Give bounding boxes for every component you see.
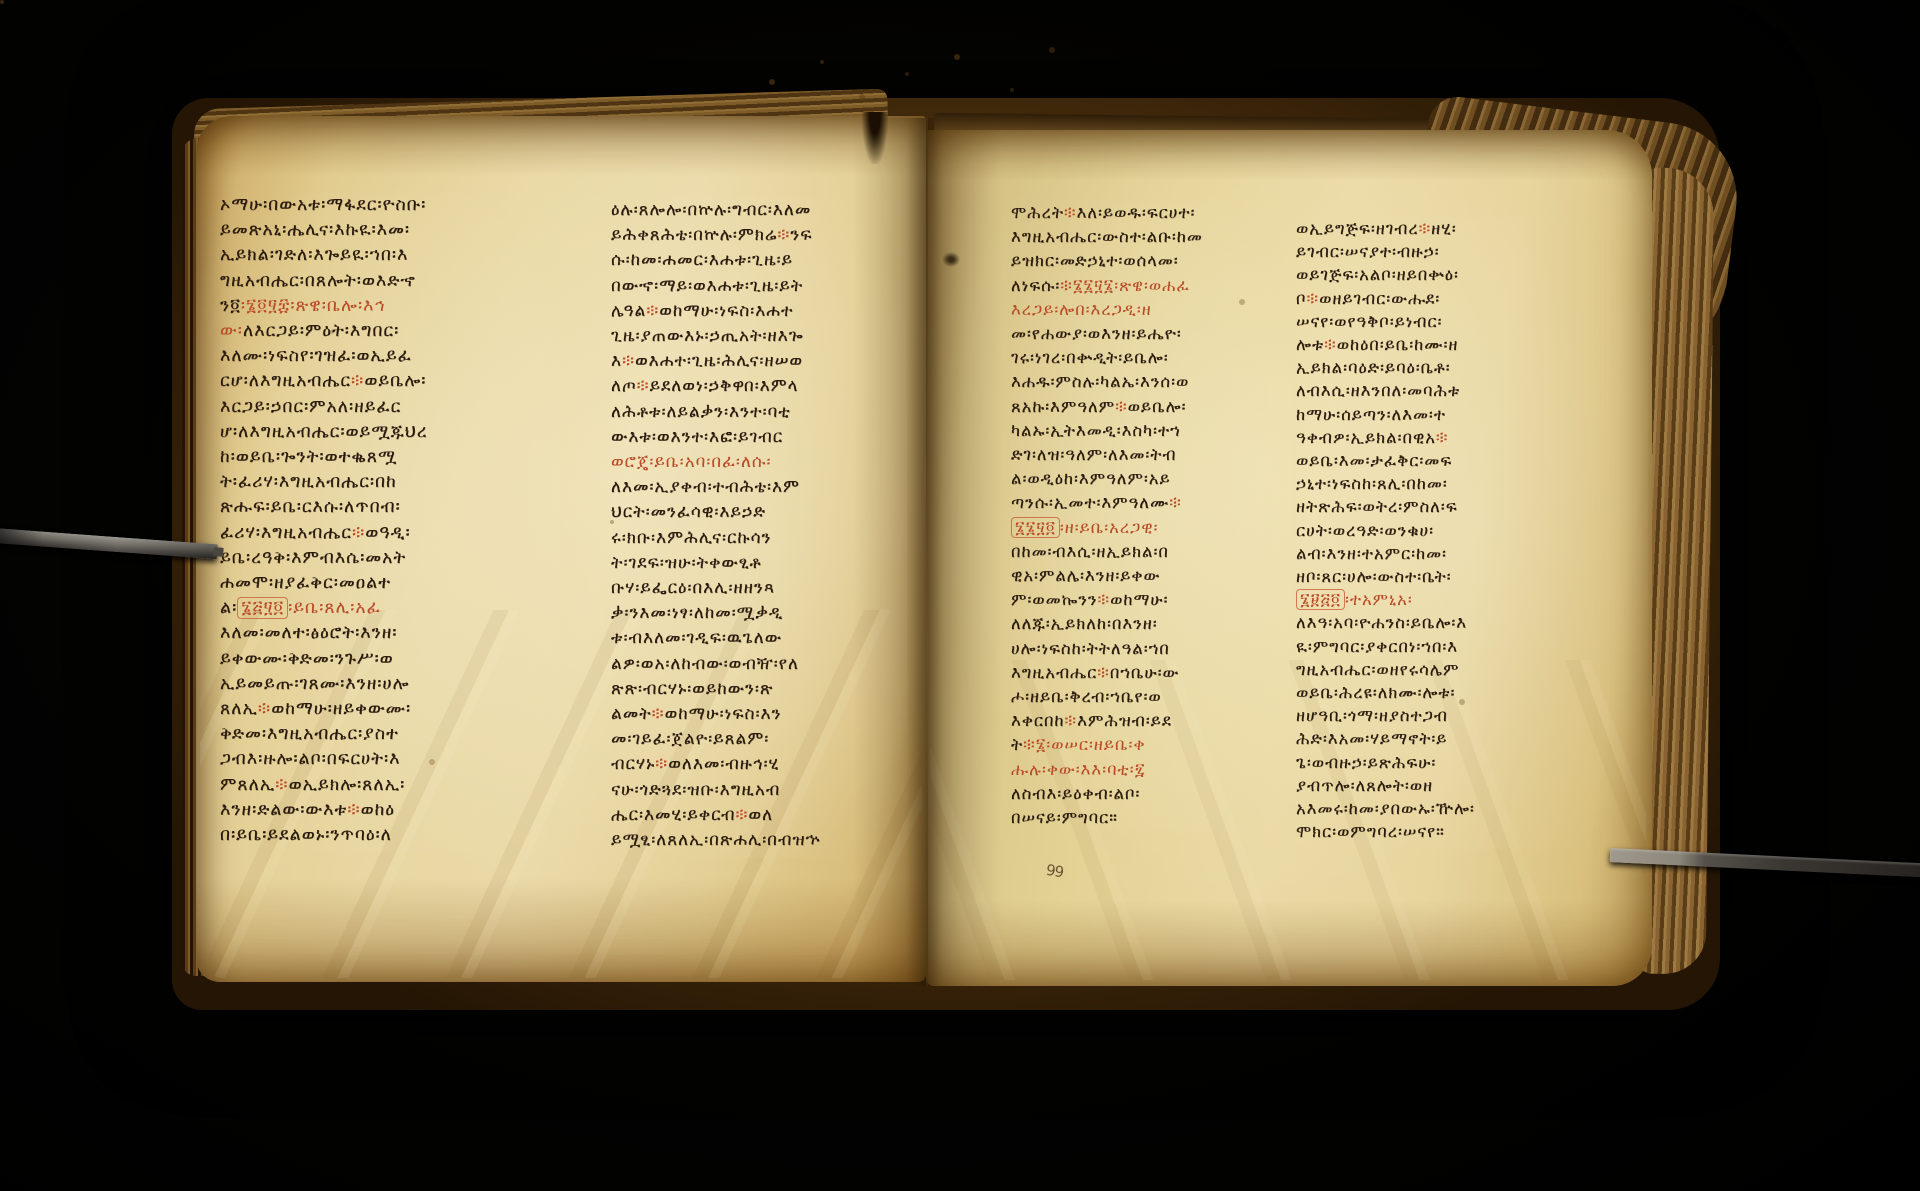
- ink-text: ት: [1011, 735, 1023, 754]
- text-line: ይቀውሙ፡ቅድመ፡ንጉሥ፡ወ: [220, 647, 560, 672]
- rubric-text: ፨: [347, 800, 360, 820]
- ink-text: ወኢይክሎ፡ጸለኢ፡: [289, 775, 406, 795]
- ink-text: ሎቱ: [1296, 335, 1324, 354]
- text-line: ወይቤ፡ሕረዩ፡ለክሙ፡ሎቱ፡: [1296, 681, 1648, 704]
- text-line: ጽሑፍ፡ይቤ፡ርእሱ፡ለጥበብ፡: [220, 495, 560, 520]
- text-line: ሎቱ፨ወከዕበ፡ይቤ፡ከሙ፡ዘ: [1296, 333, 1648, 356]
- ink-text: ሞሕረት: [1011, 203, 1064, 222]
- spine-top-notch: [862, 112, 888, 164]
- text-line: ጸለኢ፨ወከማሁ፡ዘይቀውሙ፡: [220, 697, 560, 722]
- rubric-text: ወሮጄ፡ይቤ፡አባ፡በፈ፡ለሱ፡: [611, 452, 772, 472]
- text-line: ሩ፡ክቡ፡እምሕሊና፡ርኩሳን: [611, 526, 907, 551]
- text-line: ት፨፮፡ወሠር፡ዘይቤ፡ቀ: [1011, 733, 1293, 757]
- ink-text: እግዚአብሔር: [1011, 663, 1097, 682]
- rubric-text: ፮፭፶፬: [237, 597, 288, 619]
- ink-text: ወይቤ፡ሕረዩ፡ለክሙ፡ሎቱ፡: [1296, 683, 1455, 702]
- text-line: ብርሃኑ፨ወለእመ፡ብዙኅ፡ሂ: [611, 752, 907, 777]
- parchment-speckles: [0, 0, 4, 4]
- ink-text: ይዝክር፡መድኃኒተ፡ወሰላመ፡: [1011, 251, 1179, 270]
- ink-text: ይመጽአኒ፡ሔሊና፡እኩዪ፡እመ፡: [220, 220, 410, 240]
- text-line: አእመሩ፡ከመ፡ያበውኡ፡ዅሎ፡: [1296, 797, 1648, 820]
- ink-text: ወከማሁ፡ነፍስ፡እሐተ: [659, 301, 793, 321]
- ink-text: ህርት፡መንፈሳዊ፡እይኃድ: [611, 502, 766, 522]
- rubric-text: ፨: [258, 699, 271, 719]
- ink-text: ቡሃ፡ይፌርዕ፡በእሊ፡ዘዘንጻ: [611, 578, 775, 598]
- ink-text: እ: [611, 351, 622, 371]
- ink-text: ወይቤሎ፡: [1128, 397, 1187, 416]
- rubric-text: ፨: [1324, 335, 1337, 354]
- text-line: ልብ፡እንዘ፡ተአምር፡ከመ፡: [1296, 542, 1648, 565]
- text-line: ይመጽአኒ፡ሔሊና፡እኩዪ፡እመ፡: [220, 218, 560, 243]
- text-line: ን፬፡፮፬፶፰፡ጽዌ፡ቤሎ፡እኅ: [220, 294, 560, 319]
- ink-text: እለሙ፡ነፍስየ፡ገዝፈ፡ወኢይፈ: [220, 346, 412, 366]
- ink-text: ሐመሞ፡ዘያፈቅር፡መዐልተ: [220, 573, 391, 593]
- ink-text: ለሕቶቱ፡ለይልቃን፡እንተ፡ባቲ: [611, 402, 791, 422]
- ink-text: ወይቤሎ፡: [364, 371, 426, 391]
- ink-text: ዘሆዓቢ፡ጎማ፡ዘያስተጋብ: [1296, 706, 1448, 725]
- text-line: ለሕቶቱ፡ለይልቃን፡እንተ፡ባቲ: [611, 400, 907, 425]
- text-line: እርጋይ፡ኃበር፡ምአለ፡ዘይፈር: [220, 395, 560, 420]
- ink-text: ሌዓል: [611, 301, 646, 321]
- text-line: ይዝክር፡መድኃኒተ፡ወሰላመ፡: [1011, 249, 1293, 273]
- ink-text: ቦ: [1296, 289, 1306, 308]
- ink-text: ወከማሁ፡ዘይቀውሙ፡: [271, 699, 411, 719]
- text-column-right-1: ሞሕረት፨እለ፡ይወዱ፡ፍርሀተ፡እግዚአብሔር፡ውስተ፡ልቡ፡ከመይዝክር፡መ…: [1011, 201, 1293, 831]
- rubric-text: ፮፮፶፬: [1011, 517, 1060, 538]
- text-line: ድገ፡ለዝ፡ዓለም፡ለእመ፡ትብ: [1011, 443, 1293, 467]
- ink-text: ሕድ፡እአመ፡ሃይማኖት፡ይ: [1296, 729, 1447, 748]
- ink-text: ኢይክል፡ገድለ፡እጐይዪ፡ኀበ፡እ: [220, 245, 408, 265]
- rubric-text: ፨: [777, 225, 790, 245]
- ink-text: ልመት: [611, 704, 652, 724]
- text-line: ዊአ፡ምልሌ፡እንዘ፡ይቀው: [1011, 564, 1293, 588]
- text-line: ወሮጄ፡ይቤ፡አባ፡በፈ፡ለሱ፡: [611, 450, 907, 475]
- text-line: ዘሆዓቢ፡ጎማ፡ዘያስተጋብ: [1296, 704, 1648, 727]
- text-line: እለሙ፡ነፍስየ፡ገዝፈ፡ወኢይፈ: [220, 344, 560, 369]
- text-line: ዘቦ፡ጸር፡ሀሎ፡ውስተ፡ቤት፡: [1296, 565, 1648, 588]
- ink-text: ልዎ፡ወአ፡ለከብው፡ወብዥ፡የለ: [611, 654, 799, 674]
- text-line: ሌዓል፨ወከማሁ፡ነፍስ፡እሐተ: [611, 299, 907, 324]
- ink-text: ውእቱ፡ወእንተ፡እፎ፡ይገብር: [611, 427, 783, 447]
- text-line: እ፨ወእሐተ፡ጊዜ፡ሕሊና፡ዘሠወ: [611, 349, 907, 374]
- ink-text: በሠናይ፡ምግባር።: [1011, 808, 1118, 827]
- ink-text: ገሩ፡ነገረ፡በቍዲት፡ይቤሎ፡: [1011, 348, 1169, 367]
- ink-text: ሀሎ፡ነፍስከ፡ትትለዓል፡ኀበ: [1011, 639, 1170, 658]
- rubric-text: ፨: [1097, 663, 1110, 682]
- ink-text: ርሆ፡ለእግዚአብሔር: [220, 371, 351, 391]
- text-line: ይቤ፡ረዓቅ፡እምብእሴ፡መአት: [220, 546, 560, 571]
- rubric-text: ፨: [646, 301, 659, 321]
- ink-text: ይሟፂ፡ለጸለኢ፡በጽሐሊ፡በብዝኍ: [611, 830, 821, 850]
- rubric-text: ፨: [637, 376, 650, 396]
- ink-text: ጸለኢ: [220, 699, 258, 719]
- ink-text: ይሕቀጸሕቴ፡በኵሉ፡ምክሬ: [611, 225, 777, 245]
- text-line: ርሆ፡ለእግዚአብሔር፨ወይቤሎ፡: [220, 369, 560, 394]
- text-line: ለእዓ፡አባ፡ዮሐንስ፡ይቤሎ፡እ: [1296, 611, 1648, 634]
- ink-text: ቱ፡ብእለመ፡ገዲፍ፡ዉጌለው: [611, 628, 782, 648]
- text-line: ሖ፡ዘይቤ፡ቅረብ፡ኀቤየ፡ወ: [1011, 685, 1293, 709]
- text-line: እሐዱ፡ምስሉ፡ካልኤ፡እንሰ፡ወ: [1011, 370, 1293, 394]
- text-line: ልዎ፡ወአ፡ለከብው፡ወብዥ፡የለ: [611, 652, 907, 677]
- text-line: ለብእሲ፡ዘእንበለ፡መባሕቱ: [1296, 379, 1648, 402]
- ink-text: ብርሃኑ: [611, 754, 655, 774]
- text-line: ናሁ፡ጎድጓደ፡ዝቡ፡እግዚአብ: [611, 778, 907, 803]
- rubric-text: ፨፮፡ወሠር፡ዘይቤ፡ቀ: [1023, 735, 1145, 754]
- text-line: መ፡የሐውያ፡ወእንዘ፡ይሔዮ፡: [1011, 322, 1293, 346]
- text-line: ዓቀብዎ፡ኢይክል፡በዊአ፨: [1296, 426, 1648, 449]
- ink-text: ሩ፡ክቡ፡እምሕሊና፡ርኩሳን: [611, 528, 771, 548]
- rubric-text: ፨: [1115, 397, 1128, 416]
- text-line: ወይቤ፡እመ፡ታፈቅር፡መፍ: [1296, 449, 1648, 472]
- text-line: ውእቱ፡ወእንተ፡እፎ፡ይገብር: [611, 425, 907, 450]
- ink-text: ይደለወነ፡ኃቅዋበ፡እምላ: [650, 376, 799, 396]
- ink-text: ወከማሁ፡ነፍስ፡እን: [665, 704, 782, 724]
- text-line: እግዚአብሔር፨በኀቤሁ፡ው: [1011, 661, 1293, 685]
- ink-text: ለእዓ፡አባ፡ዮሐንስ፡ይቤሎ፡እ: [1296, 613, 1467, 632]
- text-line: ጊዜ፡ያጠውእኑ፡ኃጢአት፡ዘእጐ: [611, 324, 907, 349]
- ink-text: ዪ፡ምግባር፡ያቀርበነ፡ኀበ፡እ: [1296, 637, 1458, 656]
- ink-text: ርሀት፡ወረዓድ፡ወንቁሀ፡: [1296, 521, 1434, 540]
- ink-text: ዕሉ፡ጸሎሎ፡በኵሉ፡ግብር፡እለመ: [611, 200, 811, 220]
- ink-text: ወዓዲ፡: [365, 523, 410, 543]
- ink-text: በ፡ይቤ፡ይደልወኑ፡ንጥባዕ፡ለ: [220, 825, 392, 845]
- text-line: ሆ፡ለእግዚአብሔር፡ወይሟጁህረ: [220, 420, 560, 445]
- ink-text: ል፡: [220, 598, 237, 618]
- text-line: እቀርበከ፨እምሕዝብ፡ይደ: [1011, 709, 1293, 733]
- rubric-text: ፨: [1419, 219, 1432, 238]
- text-line: ህርት፡መንፈሳዊ፡እይኃድ: [611, 500, 907, 525]
- ink-text: ጊዜ፡ያጠውእኑ፡ኃጢአት፡ዘእጐ: [611, 326, 804, 346]
- text-line: ለእመ፡ኢያቀብ፡ተብሕቴ፡እም: [611, 475, 907, 500]
- ink-text: ዘሂ፡: [1431, 219, 1456, 238]
- ink-text: እንዘ፡ድልው፡ውእቱ: [220, 800, 347, 820]
- ink-text: ወከዕ: [361, 800, 395, 820]
- text-line: ለጦ፨ይደለወነ፡ኃቅዋበ፡እምላ: [611, 374, 907, 399]
- ink-text: ጽሑፍ፡ይቤ፡ርእሱ፡ለጥበብ፡: [220, 497, 401, 517]
- text-line: ጋብእ፡ዙሎ፡ልቦ፡በፍርሀት፡እ: [220, 747, 560, 772]
- ink-text: ወዘይገብር፡ውሑደ፡: [1319, 289, 1440, 308]
- ink-text: ኢይክል፡ባዕድ፡ይባዕ፡ቤቶ፡: [1296, 358, 1451, 377]
- ink-text: ሞክር፡ወምግባረ፡ሠናየ።: [1296, 822, 1445, 841]
- text-line: ይሟፂ፡ለጸለኢ፡በጽሐሊ፡በብዝኍ: [611, 828, 907, 853]
- ink-text: ዘቦ፡ጸር፡ሀሎ፡ውስተ፡ቤት፡: [1296, 567, 1451, 586]
- rubric-text: ፨: [352, 523, 365, 543]
- ink-text: ካልኡ፡ኢትእመዲ፡እስካ፡ተኀ: [1011, 421, 1181, 440]
- text-line: ኦማሁ፡በውአቱ፡ማፋደር፡ዮስቡ፡: [220, 193, 560, 218]
- text-line: ይገብር፡ሠናያተ፡ብዙኃ፡: [1296, 240, 1648, 263]
- text-line: ቃ፡ንእመ፡ነፃ፡ለከመ፡ሟቃዲ: [611, 601, 907, 626]
- ink-text: በውኆ፡ማይ፡ወእሐቱ፡ጊዜ፡ይት: [611, 276, 803, 296]
- ink-text: ወከዕበ፡ይቤ፡ከሙ፡ዘ: [1337, 335, 1459, 354]
- text-line: ሠናየ፡ወየዓቅቦ፡ይነብር፡: [1296, 310, 1648, 333]
- ink-text: ለእመ፡ኢያቀብ፡ተብሕቴ፡እም: [611, 477, 800, 497]
- ink-text: ሱ፡ከመ፡ሐመር፡እሐቱ፡ጊዜ፡ይ: [611, 250, 793, 270]
- text-line: ገሩ፡ነገረ፡በቍዲት፡ይቤሎ፡: [1011, 346, 1293, 370]
- rubric-text: ፡ዘ፡ይቤ፡አረጋዊ፡: [1060, 518, 1159, 537]
- ink-text: መ፡ገይፈ፡ጀልዮ፡ይጸልም፡: [611, 729, 769, 749]
- rubric-text: ፨: [652, 704, 665, 724]
- rubric-text: ፨: [1098, 590, 1111, 609]
- text-line: ጌ፡ወብዙኃ፡ይጽሕፍሁ፡: [1296, 751, 1648, 774]
- ink-text: ሔር፡እመሂ፡ይቀርብ: [611, 805, 735, 825]
- text-line: ት፡ገደፍ፡ዝሁ፡ትቀውፂቶ: [611, 551, 907, 576]
- text-line: ም፡ወመኰንን፨ወከማሁ፡: [1011, 588, 1293, 612]
- text-line: እንዘ፡ድልው፡ውእቱ፨ወከዕ: [220, 798, 560, 823]
- ink-text: እርጋይ፡ኃበር፡ምአለ፡ዘይፈር: [220, 397, 401, 417]
- ink-text: ም፡ወመኰንን: [1011, 590, 1098, 609]
- parchment-hole-blemish: [942, 252, 960, 267]
- text-line: ያብጥሎ፡ለጸሎት፡ወዘ: [1296, 774, 1648, 797]
- ink-text: ምጸለኢ: [220, 775, 275, 795]
- ink-text: ግዚአብሔር፡ወዘየሩሳሌም: [1296, 660, 1459, 679]
- rubric-text: ፡ተአምኒአ፡: [1345, 590, 1413, 609]
- text-line: ሐመሞ፡ዘያፈቅር፡መዐልተ: [220, 571, 560, 596]
- ink-text: ይቤ፡ረዓቅ፡እምብእሴ፡መአት: [220, 548, 406, 568]
- text-line: በ፡ይቤ፡ይደልወኑ፡ንጥባዕ፡ለ: [220, 823, 560, 848]
- ink-text: ልብ፡እንዘ፡ተአምር፡ከመ፡: [1296, 544, 1447, 563]
- ink-text: ወይገጅፍ፡አልቦ፡ዘይበቍዕ፡: [1296, 265, 1459, 284]
- rubric-text: ፨: [1064, 203, 1077, 222]
- ink-text: እለ፡ይወዱ፡ፍርሀተ፡: [1077, 203, 1196, 222]
- text-line: ሞክር፡ወምግባረ፡ሠናየ።: [1296, 820, 1648, 843]
- ink-text: ጋብእ፡ዙሎ፡ልቦ፡በፍርሀት፡እ: [220, 749, 400, 769]
- text-line: ለስብእ፡ይዕቀብ፡ልቦ፡: [1011, 782, 1293, 806]
- text-line: ልመት፨ወከማሁ፡ነፍስ፡እን: [611, 702, 907, 727]
- page-number-annotation: 99: [1045, 861, 1065, 881]
- text-line: ሞሕረት፨እለ፡ይወዱ፡ፍርሀተ፡: [1011, 201, 1293, 225]
- manuscript-photo: ኦማሁ፡በውአቱ፡ማፋደር፡ዮስቡ፡ይመጽአኒ፡ሔሊና፡እኩዪ፡እመ፡ኢይክል፡…: [0, 0, 1920, 1191]
- text-line: በውኆ፡ማይ፡ወእሐቱ፡ጊዜ፡ይት: [611, 274, 907, 299]
- rubric-text: ፨: [351, 371, 364, 391]
- text-line: ሀሎ፡ነፍስከ፡ትትለዓል፡ኀበ: [1011, 637, 1293, 661]
- text-line: ለነፍሱ፡፨፮፮፶፮፡ጽዌ፡ወሐፈ: [1011, 274, 1293, 298]
- ink-text: እምሕዝብ፡ይደ: [1077, 711, 1172, 730]
- text-line: ግዚአብሔር፡ወዘየሩሳሌም: [1296, 658, 1648, 681]
- text-line: ሱ፡ከመ፡ሐመር፡እሐቱ፡ጊዜ፡ይ: [611, 248, 907, 273]
- rubric-text: ፨፮፮፶፮፡ጽዌ፡ወሐፈ: [1060, 276, 1190, 295]
- ink-text: ኦማሁ፡በውአቱ፡ማፋደር፡ዮስቡ፡: [220, 195, 426, 215]
- ink-text: ወለ: [748, 805, 773, 825]
- ink-text: ይቀውሙ፡ቅድመ፡ንጉሥ፡ወ: [220, 649, 394, 669]
- ink-text: ለነፍሱ፡: [1011, 276, 1060, 295]
- rubric-text: ፨: [275, 775, 288, 795]
- rubric-text: ፨: [1065, 711, 1078, 730]
- text-line: ኢይክል፡ባዕድ፡ይባዕ፡ቤቶ፡: [1296, 356, 1648, 379]
- rubric-text: ፮፱፭፬: [1296, 589, 1345, 610]
- ink-text: ት፡ፈሪሃ፡እግዚአብሔር፡በከ: [220, 472, 397, 492]
- text-line: ፈሪሃ፡እግዚአብሔር፨ወዓዲ፡: [220, 521, 560, 546]
- rubric-text: ፨: [622, 351, 635, 371]
- text-line: ከ፡ወይቤ፡ጐንት፡ወተቈጸሟ: [220, 445, 560, 470]
- ink-text: ለለጁ፡ኢይክለከ፡በእንዘ፡: [1011, 614, 1158, 633]
- text-line: እለመ፡መለተ፡ፅዕሮት፡እንዘ፡: [220, 621, 560, 646]
- rubric-text: ፨: [1306, 289, 1319, 308]
- ink-text: መ፡የሐውያ፡ወእንዘ፡ይሔዮ፡: [1011, 324, 1182, 343]
- ink-text: እግዚአብሔር፡ውስተ፡ልቡ፡ከመ: [1011, 227, 1203, 246]
- rubric-text: ፡ይቤ፡ጸሊ፡አፈ: [288, 598, 381, 618]
- ink-text: አእመሩ፡ከመ፡ያበውኡ፡ዅሎ፡: [1296, 799, 1475, 818]
- text-line: ቅድመ፡እግዚአብሔር፡ያስተ: [220, 722, 560, 747]
- ink-text: ለብእሲ፡ዘእንበለ፡መባሕቱ: [1296, 381, 1460, 400]
- rubric-text: ው፡: [220, 321, 243, 341]
- ink-text: እቀርበከ: [1011, 711, 1065, 730]
- ink-text: ል፡ወዲዕከ፡እምዓለም፡አይ: [1011, 469, 1171, 488]
- ink-text: ሖ፡ዘይቤ፡ቅረብ፡ኀቤየ፡ወ: [1011, 687, 1162, 706]
- ink-text: ን፬: [220, 296, 241, 316]
- ink-text: ግዚአብሔር፡በጸሎት፡ወእድኆ: [220, 271, 416, 291]
- ink-text: ኃኒተ፡ነፍስከ፡ጸሊ፡በከመ፡: [1296, 474, 1448, 493]
- text-line: ጣንሱ፡ኢመተ፡እምዓለሙ፨: [1011, 491, 1293, 515]
- text-line: ወኢይግጅፍ፡ዘገብረ፨ዘሂ፡: [1296, 217, 1648, 240]
- ink-text: ከማሁ፡ሰይጣን፡ለእመ፡ተ: [1296, 405, 1446, 424]
- text-line: ምጸለኢ፨ወኢይክሎ፡ጸለኢ፡: [220, 773, 560, 798]
- ink-text: ዊአ፡ምልሌ፡እንዘ፡ይቀው: [1011, 566, 1160, 585]
- ink-text: ሠናየ፡ወየዓቅቦ፡ይነብር፡: [1296, 312, 1442, 331]
- ink-text: ፈሪሃ፡እግዚአብሔር: [220, 523, 352, 543]
- ink-text: ቃ፡ንእመ፡ነፃ፡ለከመ፡ሟቃዲ: [611, 603, 783, 623]
- ink-text: ጣንሱ፡ኢመተ፡እምዓለሙ: [1011, 493, 1169, 512]
- text-line: ሕድ፡እአመ፡ሃይማኖት፡ይ: [1296, 727, 1648, 750]
- ink-text: ወኢይግጅፍ፡ዘገብረ: [1296, 219, 1419, 238]
- ink-text: ኢይመይጡ፡ገጸሙ፡እንዘ፡ሀሎ: [220, 674, 409, 694]
- ink-text: እለመ፡መለተ፡ፅዕሮት፡እንዘ፡: [220, 623, 397, 643]
- rubric-text: ፨: [735, 805, 748, 825]
- ink-text: ጌ፡ወብዙኃ፡ይጽሕፍሁ፡: [1296, 753, 1436, 772]
- text-line: ይሕቀጸሕቴ፡በኵሉ፡ምክሬ፨ንፍ: [611, 223, 907, 248]
- text-line: ኢይክል፡ገድለ፡እጐይዪ፡ኀበ፡እ: [220, 243, 560, 268]
- ink-text: ለእርጋይ፡ምዕት፡እግበር፡: [243, 321, 399, 341]
- ink-text: ወከማሁ፡: [1110, 590, 1168, 609]
- text-line: ት፡ፈሪሃ፡እግዚአብሔር፡በከ: [220, 470, 560, 495]
- text-line: ለለጁ፡ኢይክለከ፡በእንዘ፡: [1011, 612, 1293, 636]
- ink-text: ያብጥሎ፡ለጸሎት፡ወዘ: [1296, 776, 1433, 795]
- text-column-left-2: ዕሉ፡ጸሎሎ፡በኵሉ፡ግብር፡እለመይሕቀጸሕቴ፡በኵሉ፡ምክሬ፨ንፍሱ፡ከመ፡…: [611, 198, 907, 858]
- ink-text: በከመ፡ብእሲ፡ዘኢይክል፡በ: [1011, 542, 1169, 561]
- text-column-left-1: ኦማሁ፡በውአቱ፡ማፋደር፡ዮስቡ፡ይመጽአኒ፡ሔሊና፡እኩዪ፡እመ፡ኢይክል፡…: [220, 193, 560, 853]
- rubric-text: ፡፮፬፶፰፡ጽዌ፡ቤሎ፡እኅ: [241, 296, 386, 316]
- text-line: ቦ፨ወዘይገብር፡ውሑደ፡: [1296, 287, 1648, 310]
- ink-text: ንፍ: [790, 225, 812, 245]
- text-line: ዪ፡ምግባር፡ያቀርበነ፡ኀበ፡እ: [1296, 635, 1648, 658]
- text-line: ወይገጅፍ፡አልቦ፡ዘይበቍዕ፡: [1296, 263, 1648, 286]
- text-line: ፮፮፶፬፡ዘ፡ይቤ፡አረጋዊ፡: [1011, 516, 1293, 540]
- text-line: ከማሁ፡ሰይጣን፡ለእመ፡ተ: [1296, 403, 1648, 426]
- text-line: ሔር፡እመሂ፡ይቀርብ፨ወለ: [611, 803, 907, 828]
- text-line: ቡሃ፡ይፌርዕ፡በእሊ፡ዘዘንጻ: [611, 576, 907, 601]
- rubric-text: ሑሉ፡ቀው፡እእ፡ባቲ፡፯: [1011, 760, 1146, 779]
- text-line: እግዚአብሔር፡ውስተ፡ልቡ፡ከመ: [1011, 225, 1293, 249]
- ink-text: ወለእመ፡ብዙኅ፡ሂ: [668, 754, 779, 774]
- ink-text: ለጦ: [611, 376, 637, 396]
- text-line: እረጋይ፡ሎበ፡እረጋዲ፡ዘ: [1011, 298, 1293, 322]
- text-line: ግዚአብሔር፡በጸሎት፡ወእድኆ: [220, 269, 560, 294]
- rubric-text: ፨: [1436, 428, 1449, 447]
- text-line: ጸአኩ፡እምዓለም፨ወይቤሎ፡: [1011, 395, 1293, 419]
- text-line: ፮፱፭፬፡ተአምኒአ፡: [1296, 588, 1648, 611]
- text-line: በሠናይ፡ምግባር።: [1011, 806, 1293, 830]
- ink-text: እሐዱ፡ምስሉ፡ካልኤ፡እንሰ፡ወ: [1011, 372, 1189, 391]
- text-line: ል፡ወዲዕከ፡እምዓለም፡አይ: [1011, 467, 1293, 491]
- ink-text: ሆ፡ለእግዚአብሔር፡ወይሟጁህረ: [220, 422, 428, 442]
- ink-text: ናሁ፡ጎድጓደ፡ዝቡ፡እግዚአብ: [611, 780, 780, 800]
- rubric-text: ፨: [655, 754, 668, 774]
- text-line: መ፡ገይፈ፡ጀልዮ፡ይጸልም፡: [611, 727, 907, 752]
- ink-text: በኀቤሁ፡ው: [1110, 663, 1180, 682]
- ink-text: ለስብእ፡ይዕቀብ፡ልቦ፡: [1011, 784, 1140, 803]
- ink-text: ወይቤ፡እመ፡ታፈቅር፡መፍ: [1296, 451, 1452, 470]
- text-line: ሑሉ፡ቀው፡እእ፡ባቲ፡፯: [1011, 758, 1293, 782]
- text-column-right-2: ወኢይግጅፍ፡ዘገብረ፨ዘሂ፡ይገብር፡ሠናያተ፡ብዙኃ፡ወይገጅፍ፡አልቦ፡ዘ…: [1296, 217, 1648, 849]
- ink-text: ዓቀብዎ፡ኢይክል፡በዊአ: [1296, 428, 1436, 447]
- text-line: ል፡፮፭፶፬፡ይቤ፡ጸሊ፡አፈ: [220, 596, 560, 621]
- text-line: ኃኒተ፡ነፍስከ፡ጸሊ፡በከመ፡: [1296, 472, 1648, 495]
- rubric-text: ፨: [1169, 493, 1182, 512]
- ink-text: ጽጽ፡ብርሃኑ፡ወይከውን፡ጽ: [611, 679, 773, 699]
- text-line: ርሀት፡ወረዓድ፡ወንቁሀ፡: [1296, 519, 1648, 542]
- text-line: ጽጽ፡ብርሃኑ፡ወይከውን፡ጽ: [611, 677, 907, 702]
- ink-text: ድገ፡ለዝ፡ዓለም፡ለእመ፡ትብ: [1011, 445, 1176, 464]
- ink-text: ዘትጽሕፍ፡ወትረ፡ምስለ፡ፍ: [1296, 497, 1458, 516]
- text-line: ካልኡ፡ኢትእመዲ፡እስካ፡ተኀ: [1011, 419, 1293, 443]
- ink-text: ከ፡ወይቤ፡ጐንት፡ወተቈጸሟ: [220, 447, 397, 467]
- ink-text: ይገብር፡ሠናያተ፡ብዙኃ፡: [1296, 242, 1440, 261]
- text-line: ቱ፡ብእለመ፡ገዲፍ፡ዉጌለው: [611, 626, 907, 651]
- text-line: ኢይመይጡ፡ገጸሙ፡እንዘ፡ሀሎ: [220, 672, 560, 697]
- rubric-text: እረጋይ፡ሎበ፡እረጋዲ፡ዘ: [1011, 300, 1152, 319]
- ink-text: ጸአኩ፡እምዓለም: [1011, 397, 1115, 416]
- text-line: በከመ፡ብእሲ፡ዘኢይክል፡በ: [1011, 540, 1293, 564]
- text-line: ው፡ለእርጋይ፡ምዕት፡እግበር፡: [220, 319, 560, 344]
- text-line: ዘትጽሕፍ፡ወትረ፡ምስለ፡ፍ: [1296, 495, 1648, 518]
- ink-text: ት፡ገደፍ፡ዝሁ፡ትቀውፂቶ: [611, 553, 762, 573]
- ink-text: ወእሐተ፡ጊዜ፡ሕሊና፡ዘሠወ: [635, 351, 803, 371]
- ink-text: ቅድመ፡እግዚአብሔር፡ያስተ: [220, 724, 399, 744]
- text-line: ዕሉ፡ጸሎሎ፡በኵሉ፡ግብር፡እለመ: [611, 198, 907, 223]
